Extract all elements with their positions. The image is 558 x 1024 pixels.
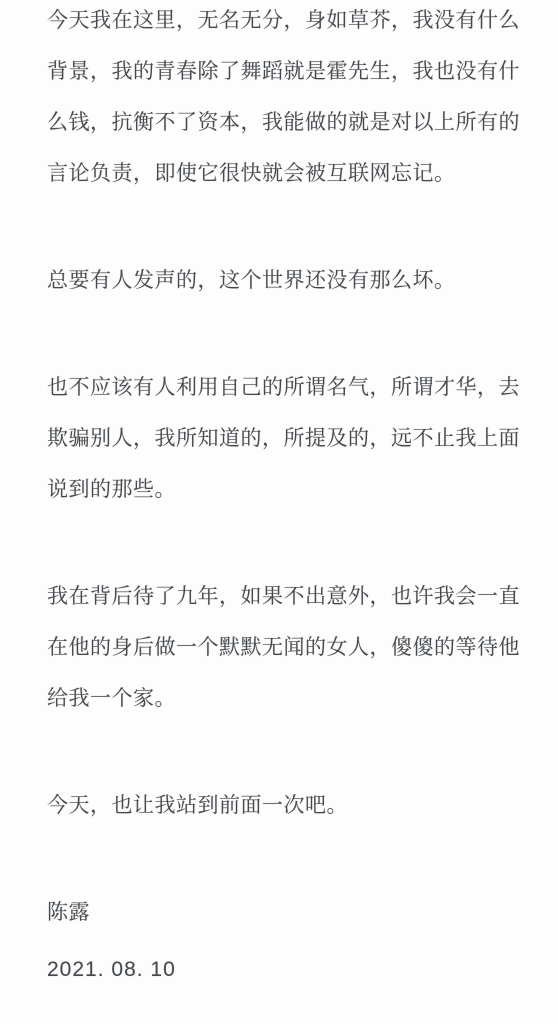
document-page: 今天我在这里，无名无分，身如草芥，我没有什么 背景，我的青春除了舞蹈就是霍先生，… — [0, 0, 558, 1024]
signature: 陈露 — [47, 887, 518, 938]
paragraph-2: 总要有人发声的，这个世界还没有那么坏。 — [47, 255, 518, 306]
text-line: 欺骗别人，我所知道的，所提及的，远不止我上面 — [47, 413, 518, 464]
text-line: 给我一个家。 — [47, 673, 518, 724]
text-line: 言论负责，即使它很快就会被互联网忘记。 — [47, 148, 518, 199]
text-line: 总要有人发声的，这个世界还没有那么坏。 — [47, 255, 518, 306]
text-line: 说到的那些。 — [47, 464, 518, 515]
paragraph-1: 今天我在这里，无名无分，身如草芥，我没有什么 背景，我的青春除了舞蹈就是霍先生，… — [47, 0, 518, 199]
statement-text-column: 今天我在这里，无名无分，身如草芥，我没有什么 背景，我的青春除了舞蹈就是霍先生，… — [0, 0, 558, 995]
date-line: 2021. 08. 10 — [47, 944, 518, 995]
text-line: 今天，也让我站到前面一次吧。 — [47, 780, 518, 831]
text-line: 么钱，抗衡不了资本，我能做的就是对以上所有的 — [47, 97, 518, 148]
text-line: 也不应该有人利用自己的所谓名气，所谓才华，去 — [47, 362, 518, 413]
text-line: 在他的身后做一个默默无闻的女人，傻傻的等待他 — [47, 622, 518, 673]
text-line: 今天我在这里，无名无分，身如草芥，我没有什么 — [47, 0, 518, 46]
paragraph-3: 也不应该有人利用自己的所谓名气，所谓才华，去 欺骗别人，我所知道的，所提及的，远… — [47, 362, 518, 515]
signature-block: 陈露 2021. 08. 10 — [47, 887, 518, 995]
text-line: 背景，我的青春除了舞蹈就是霍先生，我也没有什 — [47, 46, 518, 97]
paragraph-5: 今天，也让我站到前面一次吧。 — [47, 780, 518, 831]
text-line: 我在背后待了九年，如果不出意外，也许我会一直 — [47, 571, 518, 622]
paragraph-4: 我在背后待了九年，如果不出意外，也许我会一直 在他的身后做一个默默无闻的女人，傻… — [47, 571, 518, 724]
